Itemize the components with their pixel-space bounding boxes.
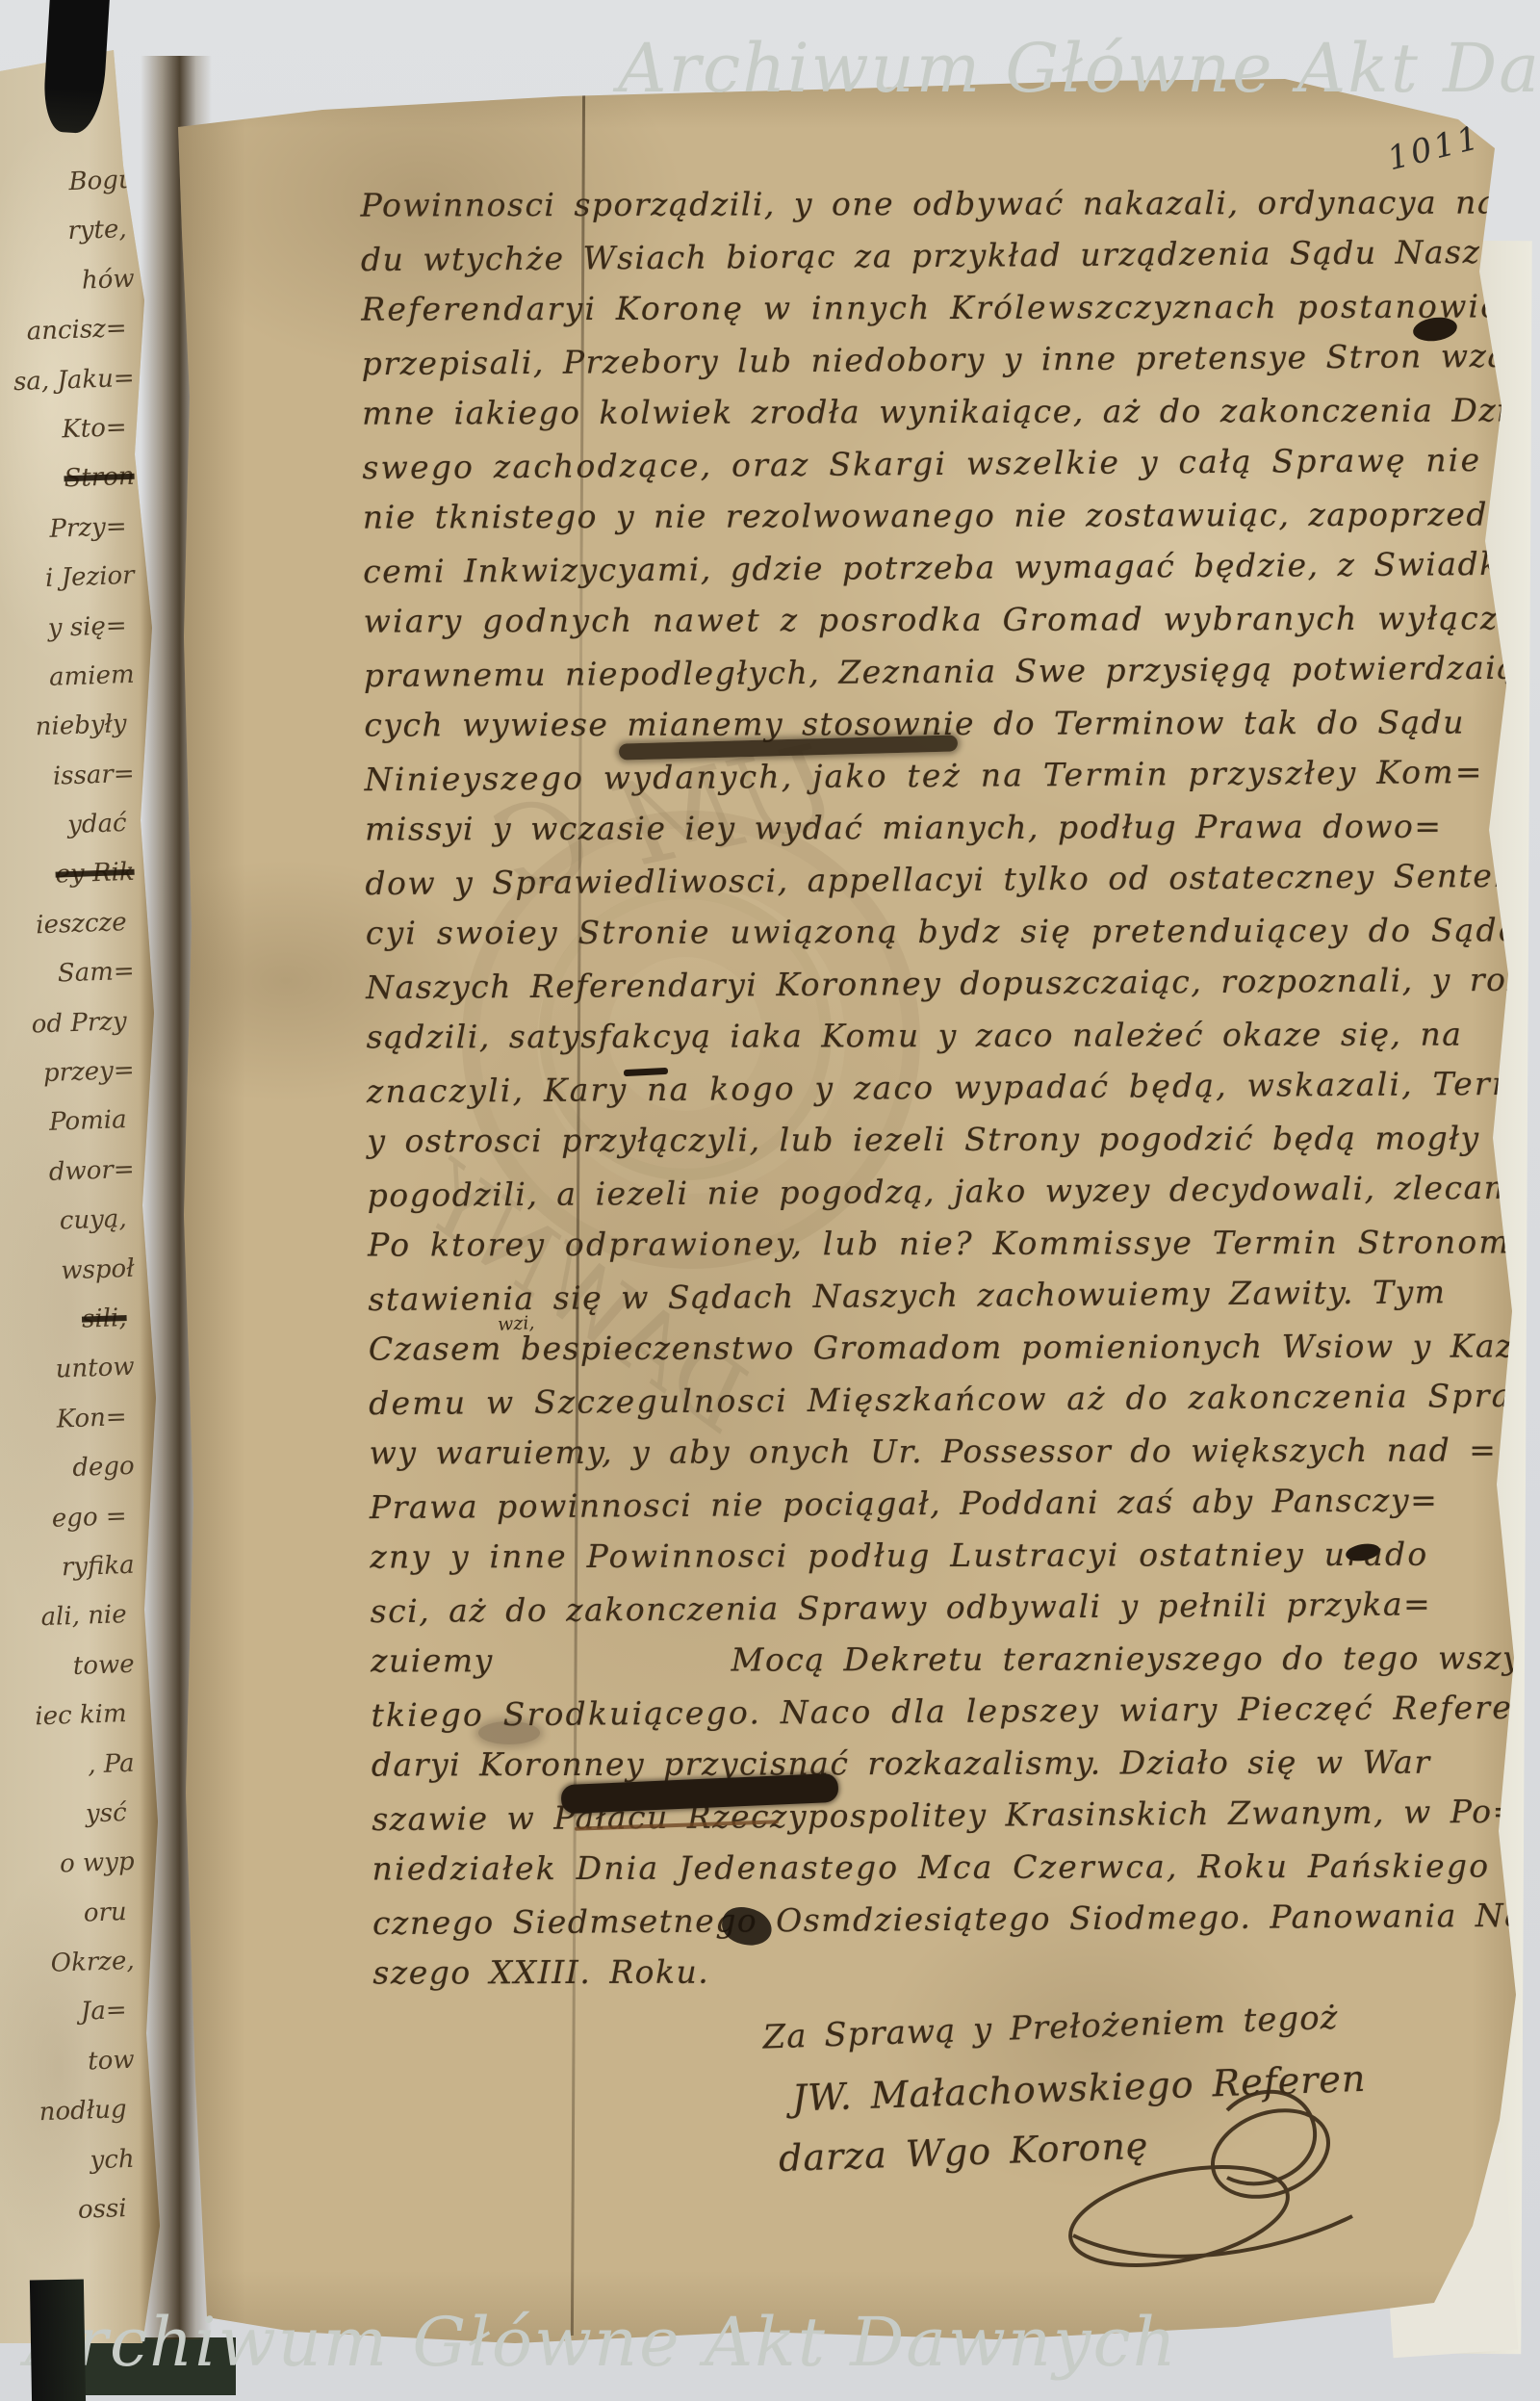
left-page-fragment: amiem: [0, 659, 147, 714]
left-page-fragment: ancisz=: [0, 314, 147, 369]
binding-clamp-bottom: [30, 2280, 86, 2401]
manuscript-line: pogodzili, a iezeli nie pogodzą, jako wy…: [368, 1169, 1508, 1228]
manuscript-line: swego zachodzące, oraz Skargi wszelkie y…: [362, 441, 1502, 501]
manuscript-line: zuiemy Mocą Dekretu teraznieyszego do te…: [371, 1639, 1511, 1693]
left-page-fragment: ych: [0, 2144, 147, 2199]
manuscript-line: prawnemu niepodległych, Zeznania Swe prz…: [364, 649, 1504, 709]
manuscript-line: Prawa powinnosci nie pociągał, Poddani z…: [370, 1481, 1510, 1540]
left-page-fragment: ieszcze: [0, 907, 147, 962]
manuscript-line: cznego Siedmsetnego Osmdziesiątego Siodm…: [372, 1897, 1513, 1956]
left-page-fragment: hów: [0, 264, 147, 319]
interline-correction: wzi,: [497, 1312, 534, 1335]
left-page-fragment: ey Rik: [0, 858, 147, 913]
left-page-fragment: towe: [0, 1649, 147, 1704]
manuscript-line: przepisali, Przebory lub niedobory y inn…: [362, 337, 1502, 397]
left-page-fragment: Bogu: [0, 165, 147, 219]
manuscript-line: Naszych Referendaryi Koronney dopuszczai…: [366, 961, 1506, 1020]
left-page-fragment: cuyą,: [0, 1204, 147, 1259]
left-page-fragment: o wyp: [0, 1847, 147, 1902]
manuscript-line: sci, aż do zakonczenia Sprawy odbywali y…: [371, 1585, 1511, 1644]
left-page-fragment: sili,: [0, 1303, 147, 1357]
left-page-fragment: Kon=: [0, 1402, 147, 1457]
manuscript-line: demu w Szczegulnosci Mięszkańcow aż do z…: [369, 1377, 1509, 1436]
manuscript-line: dow y Sprawiedliwosci, appellacyi tylko …: [365, 857, 1505, 917]
manuscript-line: szawie w Pałacu Rzeczypospolitey Krasins…: [372, 1793, 1512, 1852]
left-page-fragment: ryfika: [0, 1550, 147, 1605]
ink-smudge: [478, 1721, 540, 1744]
left-page-fragments: Boguryte,hówancisz=sa, Jaku=Kto=StronPrz…: [0, 168, 146, 2245]
left-page-fragment: niebyły: [0, 710, 147, 764]
left-page-fragment: Sam=: [0, 957, 147, 1012]
manuscript-line: tkiego Srodkuiącego. Naco dla lepszey wi…: [371, 1689, 1511, 1748]
left-page-fragment: dego: [0, 1452, 147, 1507]
left-page-fragment: wspoł: [0, 1253, 147, 1308]
left-page-fragment: Kto=: [0, 412, 147, 467]
manuscript-line: cemi Inkwizycyami, gdzie potrzeba wymaga…: [363, 545, 1503, 605]
manuscript-line: missyi y wczasie iey wydać mianych, podł…: [365, 807, 1505, 862]
manuscript-line: Powinnosci sporządzili, y one odbywać na…: [361, 183, 1501, 238]
left-page-fragment: sa, Jaku=: [0, 363, 147, 418]
archive-watermark-top: Archiwum Główne Akt Dawnych: [618, 29, 1540, 108]
left-page-fragment: iec kim: [0, 1698, 147, 1753]
left-page-fragment: ysć: [0, 1797, 147, 1852]
left-page-fragment: ydać: [0, 808, 147, 863]
left-page-fragment: ego =: [0, 1501, 147, 1556]
left-page-fragment: Okrze,: [0, 1946, 147, 2001]
left-page-fragment: untow: [0, 1353, 147, 1407]
manuscript-line: Ninieyszego wydanych, jako też na Termin…: [365, 753, 1505, 813]
left-page-fragment: issar=: [0, 759, 147, 813]
manuscript-line: wiary godnych nawet z posrodka Gromad wy…: [364, 599, 1504, 654]
manuscript-line: zny y inne Powinnosci podług Lustracyi o…: [370, 1535, 1510, 1589]
left-page-fragment: Ja=: [0, 1996, 147, 2051]
manuscript-line: du wtychże Wsiach biorąc za przykład urz…: [361, 233, 1501, 293]
left-page-fragment: tow: [0, 2045, 147, 2100]
manuscript-line: y ostrosci przyłączyli, lub iezeli Stron…: [367, 1119, 1507, 1174]
manuscript-line: stawienia się w Sądach Naszych zachowuie…: [368, 1273, 1508, 1332]
manuscript-line: Po ktorey odprawioney, lub nie? Kommissy…: [368, 1223, 1508, 1278]
left-page-fragment: Stron: [0, 462, 147, 517]
manuscript-scan: Archiwum Główne Akt Dawnych Boguryte,hów…: [0, 0, 1540, 2401]
manuscript-line: wy waruiemy, y aby onych Ur. Possessor d…: [370, 1431, 1510, 1485]
left-page-fragment: y się=: [0, 610, 147, 665]
left-page-fragment: od Przy: [0, 1006, 147, 1061]
left-page-fragment: dwor=: [0, 1154, 147, 1209]
manuscript-line: daryi Koronney przycisnąć rozkazalismy. …: [372, 1743, 1512, 1797]
left-page-fragment: ryte,: [0, 215, 147, 270]
left-page-fragment: ossi: [0, 2193, 147, 2248]
manuscript-line: sądzili, satysfakcyą iaka Komu y zaco na…: [367, 1015, 1507, 1070]
left-page-fragment: oru: [0, 1897, 147, 1951]
left-page-fragment: , Pa: [0, 1748, 147, 1803]
manuscript-line: Czasem bespieczenstwo Gromadom pomienion…: [369, 1327, 1509, 1381]
archive-watermark-bottom: Archiwum Główne Akt Dawnych: [25, 2303, 1178, 2382]
manuscript-line: cyi swoiey Stronie uwiązoną bydz się pre…: [366, 911, 1506, 966]
left-page-fragment: nodług: [0, 2095, 147, 2150]
manuscript-line: znaczyli, Kary na kogo y zaco wypadać bę…: [367, 1065, 1507, 1124]
manuscript-line: mne iakiego kolwiek zrodła wynikaiące, a…: [362, 391, 1502, 446]
left-page-fragment: Pomia: [0, 1105, 147, 1160]
left-page-fragment: i Jezior: [0, 560, 147, 615]
manuscript-line: Referendaryi Koronę w innych Królewszczy…: [361, 287, 1501, 342]
left-page-fragment: przey=: [0, 1055, 147, 1110]
folio-number: 1011: [1384, 118, 1485, 179]
left-page-fragment: Przy=: [0, 511, 147, 566]
manuscript-line: nie tknistego y nie rezolwowanego nie zo…: [363, 495, 1503, 550]
manuscript-line: niedziałek Dnia Jedenastego Mca Czerwca,…: [372, 1846, 1513, 1901]
signature-paraph-flourish: [1035, 2072, 1362, 2293]
manuscript-page: UM CDAWNY 1011 Powinnosci sporządzili, y…: [178, 60, 1526, 2362]
left-page-fragment: ali, nie: [0, 1600, 147, 1655]
